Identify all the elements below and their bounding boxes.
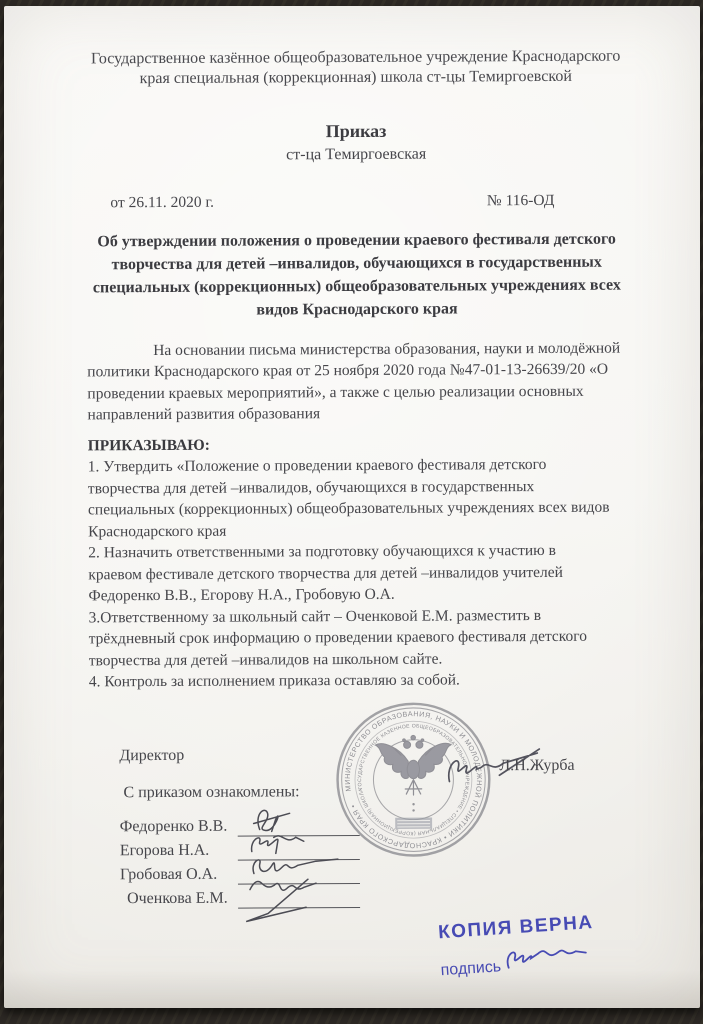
copy-stamp-signature [502,938,590,978]
doc-number: № 116-ОД [487,190,555,212]
signer-name: Федоренко В.В. [120,817,228,835]
signature-line [238,889,360,909]
preamble-line4: направлений развития образования [87,402,627,426]
doc-date: от 26.11. 2020 г. [110,192,214,214]
signer-name: Гробовая О.А. [120,866,217,884]
preamble-line3: проведении краевых мероприятий», а также… [87,380,627,404]
order-line: краевом фестивале детского творчества дл… [88,561,628,585]
subject-line1: Об утверждении положения о проведении кр… [87,227,627,253]
subject-line2: творчества для детей –инвалидов, обучающ… [87,250,627,276]
document-page: Государственное казённое общеобразовател… [4,6,700,1008]
director-name: Л.Н.Журба [499,755,574,777]
photo-background: Государственное казённое общеобразовател… [0,0,703,1024]
order-items: 1. Утвердить «Положение о проведении кра… [88,454,629,693]
order-line: Краснодарского края [88,518,628,542]
resolve-heading: ПРИКАЗЫВАЮ: [88,432,628,456]
org-name-line2: края специальная (коррекционная) школа с… [86,67,626,90]
handwritten-signature [246,875,356,932]
order-line: трёхдневный срок информацию о проведении… [89,626,629,650]
place-line: ст-ца Темиргоевская [86,144,626,167]
subject-line3: специальных (коррекционных) общеобразова… [87,273,627,299]
subject-line4: видов Краснодарского края [87,296,627,322]
order-line: специальных (коррекционных) общеобразова… [88,497,628,521]
org-name: Государственное казённое общеобразовател… [86,47,626,90]
copy-stamp-signature-label: подпись [440,956,502,981]
seal-footer-marks [395,803,432,829]
signer-name: Егорова Н.А. [120,842,210,859]
order-line: 3.Ответственному за школьный сайт – Очен… [89,604,629,628]
order-line: 2. Назначить ответственными за подготовк… [88,540,628,564]
preamble-line2: политики Краснодарского края от 25 ноябр… [87,359,627,383]
preamble: На основании письма министерства образов… [87,337,627,426]
doc-subject: Об утверждении положения о проведении кр… [87,227,627,322]
signer-name: Оченкова Е.М. [127,890,228,908]
org-name-line1: Государственное казённое общеобразовател… [86,47,626,70]
double-headed-eagle-emblem [375,735,451,795]
doc-type-title: Приказ [86,119,626,144]
order-line: творчества для детей –инвалидов, обучающ… [88,475,628,499]
order-line: 4. Контроль за исполнением приказа остав… [89,669,629,693]
order-line: Федоренко В.В., Егорову Н.А., Гробовую О… [88,583,628,607]
copy-certification-stamp: КОПИЯ ВЕРНА подпись [438,912,597,982]
signer-row: Оченкова Е.М. [90,886,630,913]
preamble-line1: На основании письма министерства образов… [87,337,627,361]
signer-row: Гробовая О.А. [90,862,630,889]
order-line: 1. Утвердить «Положение о проведении кра… [88,454,628,478]
order-line: творчества для детей –инвалидов на школь… [89,647,629,671]
date-number-row: от 26.11. 2020 г. № 116-ОД [86,190,626,214]
document-content: Государственное казённое общеобразовател… [1,4,702,1010]
